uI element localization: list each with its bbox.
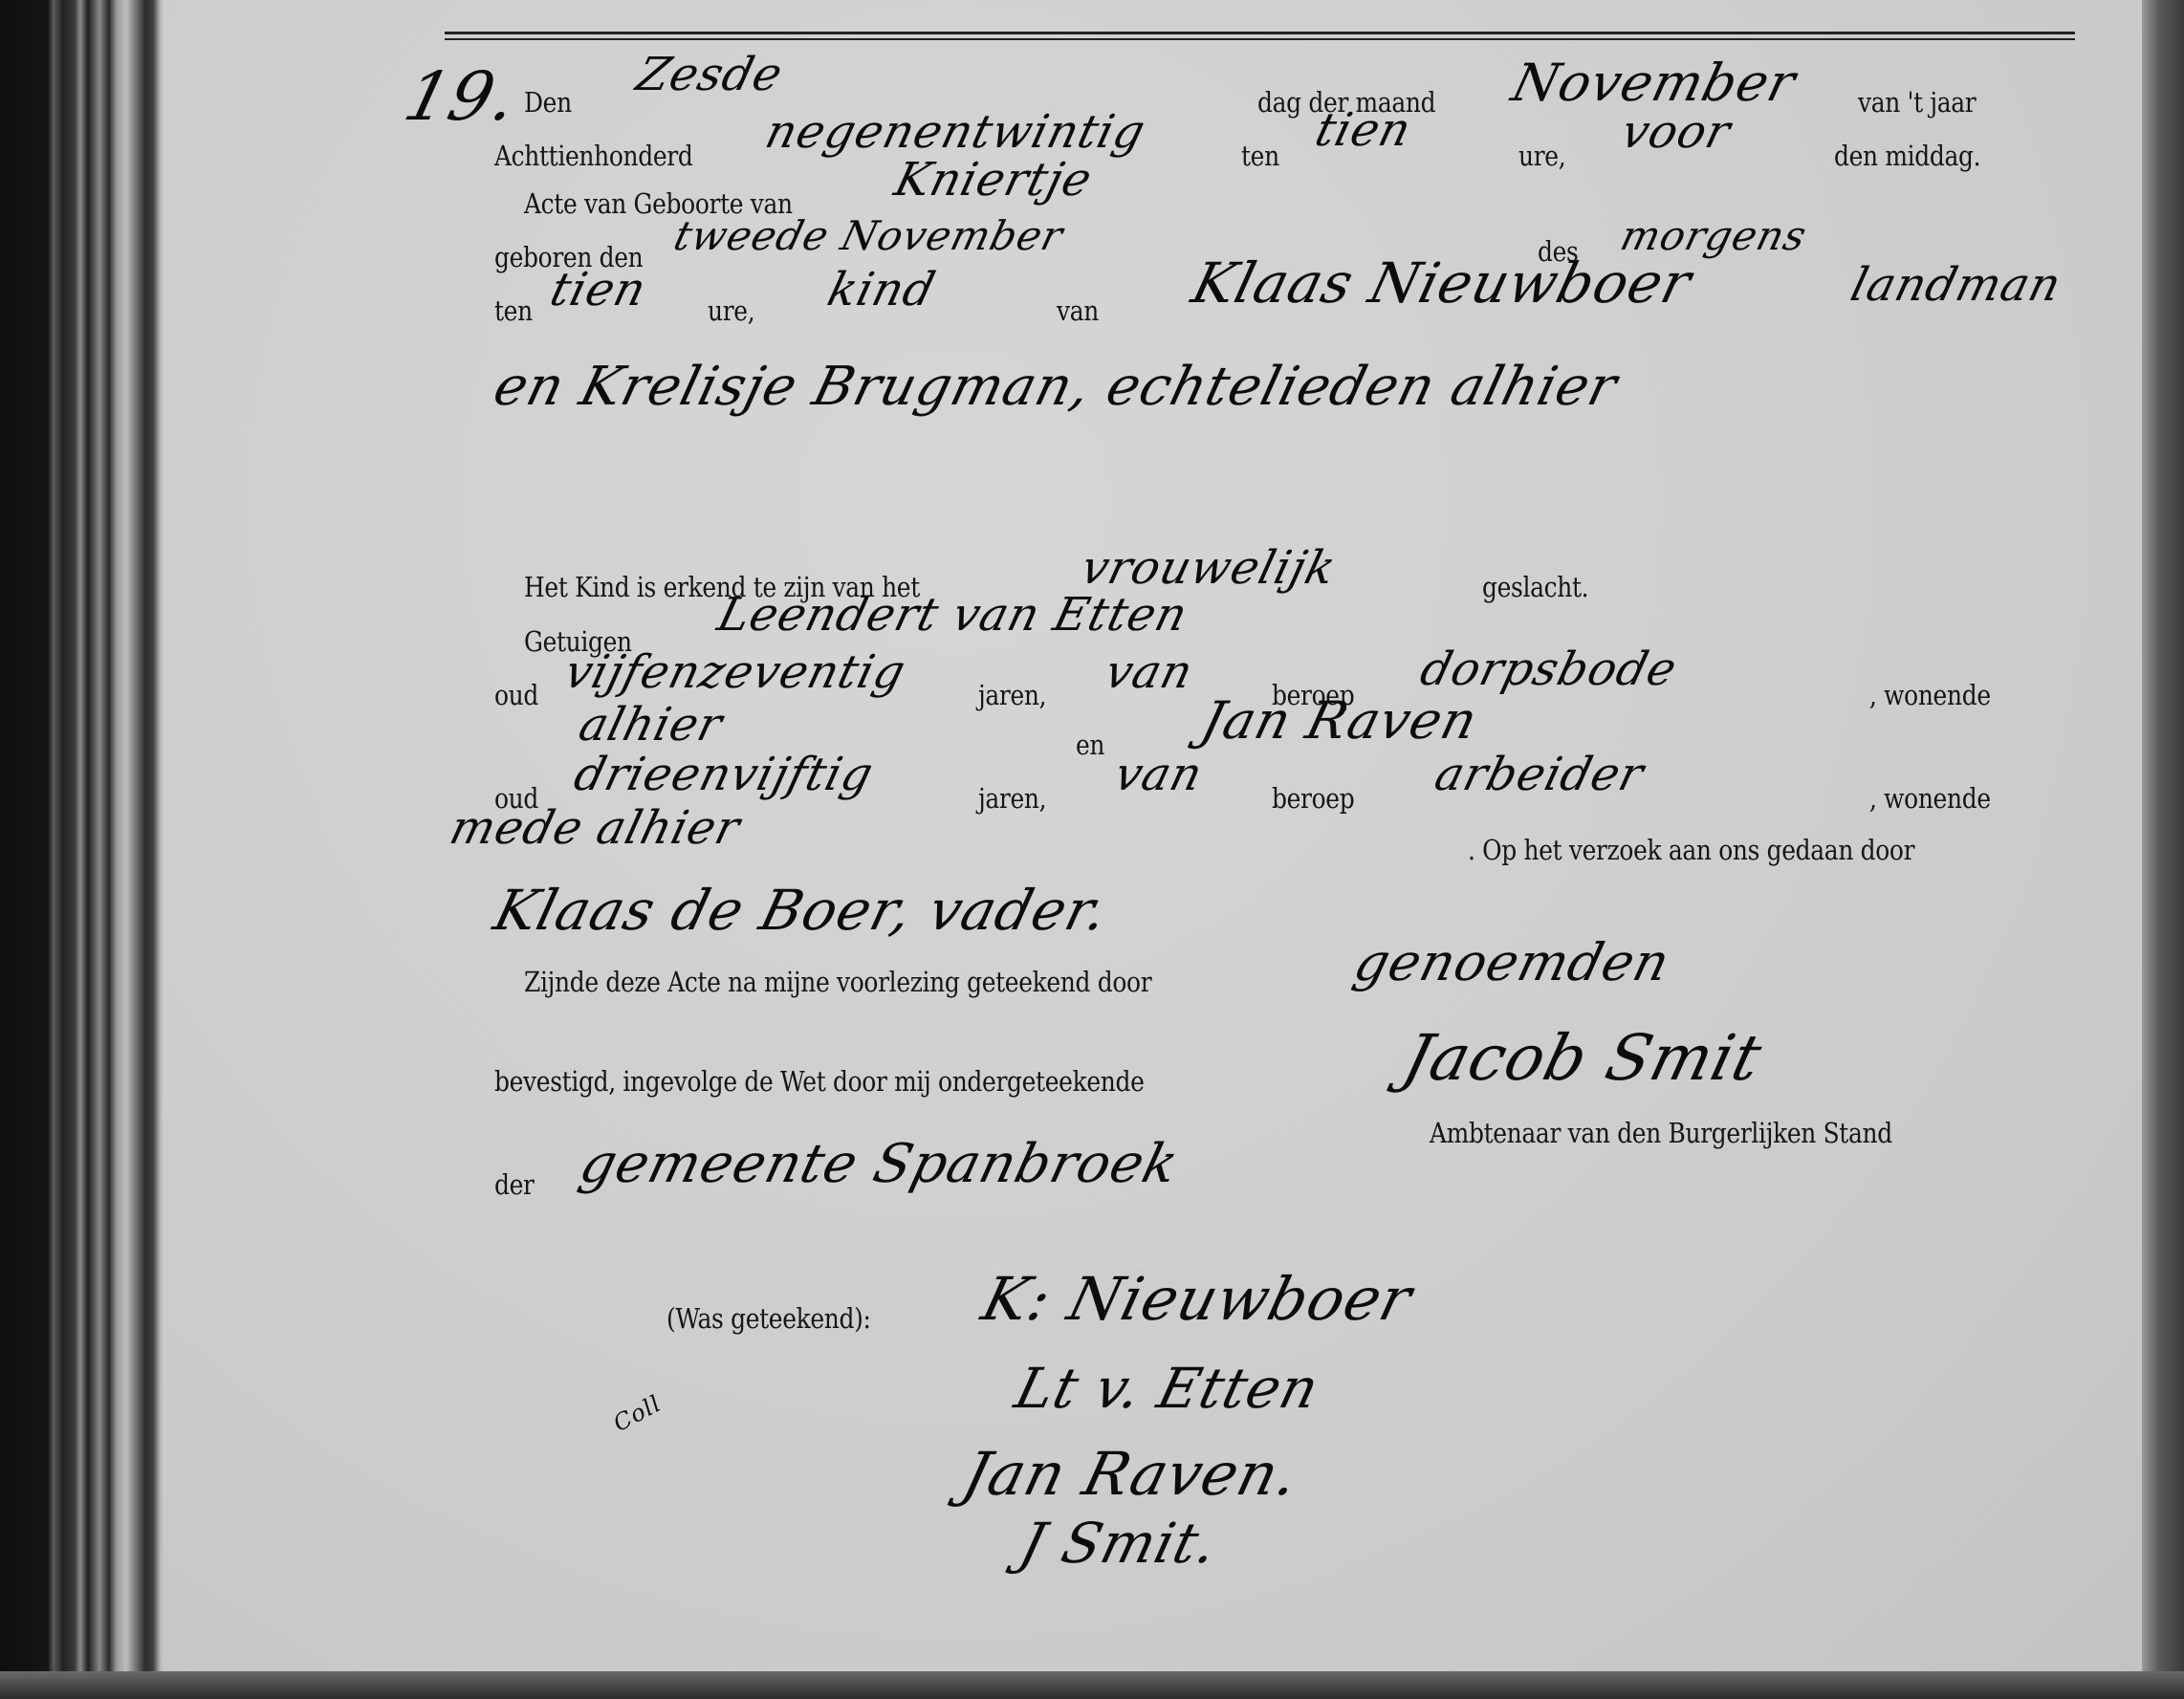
label-zijnde: Zijnde deze Acte na mijne voorlezing get…	[524, 966, 1151, 998]
signature-official: J Smit.	[1014, 1511, 1225, 1576]
label-van: van	[1057, 294, 1099, 327]
top-rule	[445, 32, 2075, 34]
signature-witness2: Jan Raven.	[956, 1439, 1306, 1509]
label-ure: ure,	[1518, 140, 1565, 172]
field-hour: tien	[1310, 103, 1417, 157]
field-child-name: Kniertje	[889, 153, 1098, 207]
field-year: negenentwintig	[760, 105, 1151, 159]
field-witness2-occupation: arbeider	[1430, 748, 1649, 801]
field-witness2-name: Jan Raven	[1195, 690, 1484, 751]
field-witness1-residence: alhier	[574, 698, 729, 751]
label-jaren-1: jaren,	[978, 679, 1046, 711]
field-mother: en Krelisje Brugman, echtelieden alhier	[488, 356, 1624, 418]
field-month: November	[1506, 53, 1802, 113]
label-bevestigd: bevestigd, ingevolge de Wet door mij ond…	[494, 1065, 1145, 1098]
label-van-t-jaar: van 't jaar	[1858, 86, 1976, 119]
field-witness2-age: drieenvijftig	[569, 748, 879, 801]
page-bottom-edge	[0, 1671, 2184, 1699]
field-voor: voor	[1616, 105, 1736, 159]
label-wonende-1: , wonende	[1869, 679, 1991, 711]
label-den-middag: den middag.	[1834, 140, 1980, 172]
field-witness1-age: vijfenzeventig	[559, 645, 911, 699]
field-witness2-van: van	[1109, 748, 1209, 801]
label-achttienhonderd: Achttienhonderd	[494, 140, 692, 172]
top-rule-thin	[445, 38, 2075, 40]
label-ambtenaar: Ambtenaar van den Burgerlijken Stand	[1430, 1117, 1892, 1149]
signature-witness1: Lt v. Etten	[1009, 1356, 1326, 1421]
field-father: Klaas Nieuwboer	[1186, 250, 1698, 316]
field-sex: vrouwelijk	[1076, 541, 1342, 595]
book-spine-edge	[0, 0, 172, 1699]
label-en: en	[1076, 729, 1104, 761]
label-geslacht: geslacht.	[1482, 571, 1588, 603]
label-ten-2: ten	[494, 294, 533, 327]
label-der: der	[494, 1168, 535, 1201]
official-signature: Jacob Smit	[1396, 1021, 1769, 1095]
label-den: Den	[524, 86, 572, 119]
label-ure-2: ure,	[708, 294, 754, 327]
field-requester: Klaas de Boer, vader.	[488, 878, 1115, 943]
field-father-occupation: landman	[1845, 258, 2067, 312]
field-witness1-van: van	[1100, 645, 1199, 699]
label-beroep-2: beroep	[1272, 782, 1354, 815]
entry-number: 19.	[397, 57, 526, 136]
field-birth-date: tweede November	[669, 212, 1068, 259]
field-witness1-name: Leendert van Etten	[712, 588, 1193, 642]
label-jaren-2: jaren,	[978, 782, 1046, 815]
signature-father: K: Nieuwboer	[975, 1264, 1419, 1334]
label-op-het-verzoek: . Op het verzoek aan ons gedaan door	[1468, 834, 1914, 866]
label-wonende-2: , wonende	[1869, 782, 1991, 815]
field-birth-hour: tien	[545, 263, 652, 316]
field-kind: kind	[822, 263, 941, 316]
label-ten: ten	[1241, 140, 1279, 172]
label-was-geteekend: (Was geteekend):	[666, 1302, 871, 1335]
label-oud-1: oud	[494, 679, 538, 711]
page-right-edge	[2142, 0, 2184, 1699]
field-witness1-occupation: dorpsbode	[1415, 643, 1683, 696]
field-municipality: gemeente Spanbroek	[574, 1133, 1185, 1195]
field-witness2-residence: mede alhier	[445, 801, 746, 855]
field-day: Zesde	[631, 48, 788, 101]
field-signed-by: genoemden	[1348, 932, 1676, 992]
